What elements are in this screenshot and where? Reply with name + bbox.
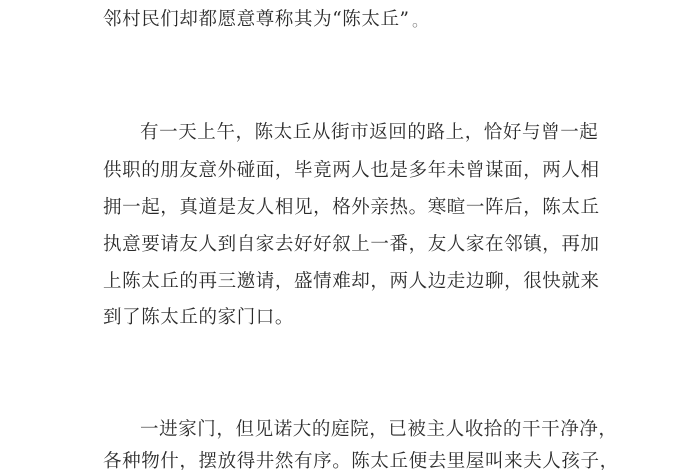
- paragraph-1-line-2: 供职的朋友意外碰面，毕竟两人也是多年未曾谋面，两人相: [103, 159, 600, 183]
- paragraph-1-line-3: 拥一起，真道是友人相见，格外亲热。寒暄一阵后，陈太丘: [103, 196, 600, 220]
- trailing-period: 。: [412, 8, 428, 31]
- paragraph-1-line-4: 执意要请友人到自家去好好叙上一番，友人家在邻镇，再加: [103, 233, 600, 257]
- paragraph-2-line-2: 各种物什，摆放得井然有序。陈太丘便去里屋叫来夫人孩子，: [103, 450, 619, 470]
- paragraph-1-line-6: 到了陈太丘的家门口。: [103, 306, 294, 330]
- paragraph-2-line-1: 一进家门，但见诺大的庭院，已被主人收拾的干干净净，: [140, 418, 618, 442]
- paragraph-1-line-5: 上陈太丘的再三邀请，盛情难却，两人边走边聊，很快就来: [103, 270, 600, 294]
- document-page: 邻村民们却都愿意尊称其为“陈太丘” 。 有一天上午，陈太丘从街市返回的路上，恰好…: [0, 0, 700, 470]
- paragraph-1-line-1: 有一天上午，陈太丘从街市返回的路上，恰好与曾一起: [140, 121, 598, 145]
- paragraph-0-line-1: 邻村民们却都愿意尊称其为“陈太丘”: [103, 8, 410, 32]
